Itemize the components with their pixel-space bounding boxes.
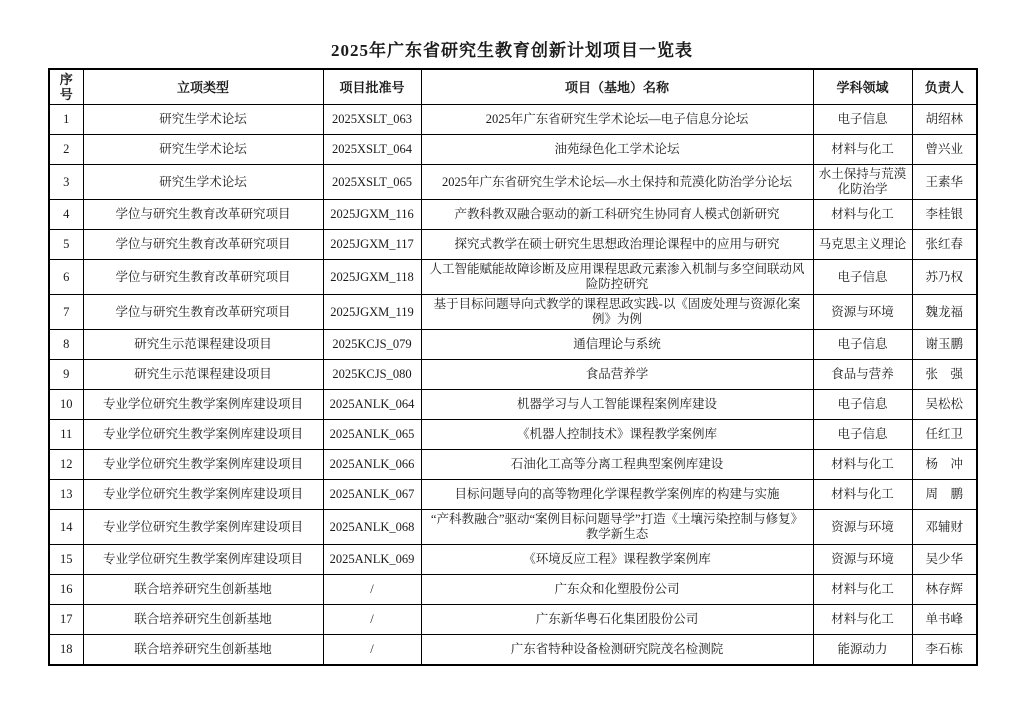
cell-leader: 单书峰	[912, 605, 977, 635]
cell-approval-no: 2025ANLK_066	[323, 450, 421, 480]
cell-no: 14	[49, 510, 83, 545]
cell-field: 资源与环境	[813, 510, 912, 545]
cell-no: 10	[49, 390, 83, 420]
cell-no: 7	[49, 295, 83, 330]
cell-type: 专业学位研究生教学案例库建设项目	[83, 510, 323, 545]
cell-approval-no: 2025ANLK_069	[323, 545, 421, 575]
table-row: 1 研究生学术论坛 2025XSLT_063 2025年广东省研究生学术论坛—电…	[49, 105, 977, 135]
cell-approval-no: 2025JGXM_119	[323, 295, 421, 330]
document-page: 2025年广东省研究生教育创新计划项目一览表 序号 立项类型 项目批准号 项目（…	[0, 0, 1024, 724]
cell-no: 11	[49, 420, 83, 450]
cell-field: 电子信息	[813, 105, 912, 135]
cell-name: 基于目标问题导向式教学的课程思政实践-以《固废处理与资源化案例》为例	[421, 295, 813, 330]
cell-approval-no: /	[323, 575, 421, 605]
cell-leader: 魏龙福	[912, 295, 977, 330]
table-row: 6 学位与研究生教育改革研究项目 2025JGXM_118 人工智能赋能故障诊断…	[49, 260, 977, 295]
cell-name: 石油化工高等分离工程典型案例库建设	[421, 450, 813, 480]
cell-leader: 张红春	[912, 230, 977, 260]
cell-name: 2025年广东省研究生学术论坛—水土保持和荒漠化防治学分论坛	[421, 165, 813, 200]
table-row: 9 研究生示范课程建设项目 2025KCJS_080 食品营养学 食品与营养 张…	[49, 360, 977, 390]
cell-no: 13	[49, 480, 83, 510]
cell-leader: 李石栋	[912, 635, 977, 665]
cell-leader: 任红卫	[912, 420, 977, 450]
cell-approval-no: 2025XSLT_063	[323, 105, 421, 135]
cell-approval-no: 2025XSLT_065	[323, 165, 421, 200]
cell-approval-no: 2025KCJS_079	[323, 330, 421, 360]
cell-leader: 苏乃权	[912, 260, 977, 295]
cell-type: 研究生学术论坛	[83, 135, 323, 165]
cell-leader: 邓辅财	[912, 510, 977, 545]
cell-name: 通信理论与系统	[421, 330, 813, 360]
cell-name: 广东众和化塑股份公司	[421, 575, 813, 605]
cell-name: 广东新华粤石化集团股份公司	[421, 605, 813, 635]
cell-field: 电子信息	[813, 330, 912, 360]
table-header-row: 序号 立项类型 项目批准号 项目（基地）名称 学科领域 负责人	[49, 69, 977, 105]
cell-type: 学位与研究生教育改革研究项目	[83, 260, 323, 295]
cell-field: 电子信息	[813, 390, 912, 420]
cell-field: 材料与化工	[813, 575, 912, 605]
table-row: 13 专业学位研究生教学案例库建设项目 2025ANLK_067 目标问题导向的…	[49, 480, 977, 510]
cell-leader: 胡绍林	[912, 105, 977, 135]
cell-field: 资源与环境	[813, 545, 912, 575]
cell-approval-no: 2025ANLK_064	[323, 390, 421, 420]
table-row: 16 联合培养研究生创新基地 / 广东众和化塑股份公司 材料与化工 林存辉	[49, 575, 977, 605]
cell-leader: 周 鹏	[912, 480, 977, 510]
cell-name: 广东省特种设备检测研究院茂名检测院	[421, 635, 813, 665]
cell-approval-no: 2025ANLK_068	[323, 510, 421, 545]
cell-leader: 杨 冲	[912, 450, 977, 480]
cell-leader: 吴少华	[912, 545, 977, 575]
cell-leader: 吴松松	[912, 390, 977, 420]
cell-name: 人工智能赋能故障诊断及应用课程思政元素渗入机制与多空间联动风险防控研究	[421, 260, 813, 295]
table-row: 4 学位与研究生教育改革研究项目 2025JGXM_116 产教科教双融合驱动的…	[49, 200, 977, 230]
cell-no: 3	[49, 165, 83, 200]
cell-field: 材料与化工	[813, 605, 912, 635]
cell-type: 联合培养研究生创新基地	[83, 635, 323, 665]
cell-leader: 林存辉	[912, 575, 977, 605]
table-row: 17 联合培养研究生创新基地 / 广东新华粤石化集团股份公司 材料与化工 单书峰	[49, 605, 977, 635]
cell-no: 6	[49, 260, 83, 295]
cell-leader: 曾兴业	[912, 135, 977, 165]
cell-no: 2	[49, 135, 83, 165]
cell-type: 研究生示范课程建设项目	[83, 360, 323, 390]
table-row: 15 专业学位研究生教学案例库建设项目 2025ANLK_069 《环境反应工程…	[49, 545, 977, 575]
cell-leader: 张 强	[912, 360, 977, 390]
cell-name: 食品营养学	[421, 360, 813, 390]
cell-approval-no: 2025JGXM_116	[323, 200, 421, 230]
cell-approval-no: 2025JGXM_117	[323, 230, 421, 260]
cell-type: 联合培养研究生创新基地	[83, 575, 323, 605]
cell-name: 油苑绿色化工学术论坛	[421, 135, 813, 165]
cell-name: 机器学习与人工智能课程案例库建设	[421, 390, 813, 420]
cell-type: 专业学位研究生教学案例库建设项目	[83, 450, 323, 480]
cell-type: 专业学位研究生教学案例库建设项目	[83, 545, 323, 575]
cell-name: 《环境反应工程》课程教学案例库	[421, 545, 813, 575]
header-cell-no: 序号	[49, 69, 83, 105]
cell-approval-no: /	[323, 605, 421, 635]
cell-approval-no: 2025ANLK_065	[323, 420, 421, 450]
cell-field: 马克思主义理论	[813, 230, 912, 260]
cell-field: 材料与化工	[813, 480, 912, 510]
cell-no: 1	[49, 105, 83, 135]
cell-name: 《机器人控制技术》课程教学案例库	[421, 420, 813, 450]
cell-no: 12	[49, 450, 83, 480]
header-cell-field: 学科领域	[813, 69, 912, 105]
table-row: 2 研究生学术论坛 2025XSLT_064 油苑绿色化工学术论坛 材料与化工 …	[49, 135, 977, 165]
cell-approval-no: 2025KCJS_080	[323, 360, 421, 390]
header-cell-leader: 负责人	[912, 69, 977, 105]
cell-type: 学位与研究生教育改革研究项目	[83, 200, 323, 230]
table-row: 5 学位与研究生教育改革研究项目 2025JGXM_117 探究式教学在硕士研究…	[49, 230, 977, 260]
cell-leader: 谢玉鹏	[912, 330, 977, 360]
cell-type: 专业学位研究生教学案例库建设项目	[83, 390, 323, 420]
cell-leader: 王素华	[912, 165, 977, 200]
header-cell-type: 立项类型	[83, 69, 323, 105]
cell-field: 食品与营养	[813, 360, 912, 390]
cell-approval-no: /	[323, 635, 421, 665]
header-cell-approval-no: 项目批准号	[323, 69, 421, 105]
cell-no: 9	[49, 360, 83, 390]
cell-type: 研究生学术论坛	[83, 165, 323, 200]
table-row: 8 研究生示范课程建设项目 2025KCJS_079 通信理论与系统 电子信息 …	[49, 330, 977, 360]
cell-name: 2025年广东省研究生学术论坛—电子信息分论坛	[421, 105, 813, 135]
cell-type: 研究生示范课程建设项目	[83, 330, 323, 360]
table-row: 11 专业学位研究生教学案例库建设项目 2025ANLK_065 《机器人控制技…	[49, 420, 977, 450]
cell-no: 5	[49, 230, 83, 260]
cell-no: 17	[49, 605, 83, 635]
table-body: 1 研究生学术论坛 2025XSLT_063 2025年广东省研究生学术论坛—电…	[49, 105, 977, 665]
cell-name: “产科教融合”驱动“案例目标问题导学”打造《土壤污染控制与修复》教学新生态	[421, 510, 813, 545]
header-cell-name: 项目（基地）名称	[421, 69, 813, 105]
page-title: 2025年广东省研究生教育创新计划项目一览表	[0, 36, 1024, 61]
cell-type: 学位与研究生教育改革研究项目	[83, 230, 323, 260]
cell-no: 15	[49, 545, 83, 575]
cell-type: 联合培养研究生创新基地	[83, 605, 323, 635]
cell-name: 目标问题导向的高等物理化学课程教学案例库的构建与实施	[421, 480, 813, 510]
table-row: 12 专业学位研究生教学案例库建设项目 2025ANLK_066 石油化工高等分…	[49, 450, 977, 480]
cell-type: 专业学位研究生教学案例库建设项目	[83, 480, 323, 510]
cell-no: 4	[49, 200, 83, 230]
cell-field: 材料与化工	[813, 135, 912, 165]
cell-field: 水土保持与荒漠化防治学	[813, 165, 912, 200]
table-row: 3 研究生学术论坛 2025XSLT_065 2025年广东省研究生学术论坛—水…	[49, 165, 977, 200]
cell-field: 材料与化工	[813, 200, 912, 230]
cell-name: 产教科教双融合驱动的新工科研究生协同育人模式创新研究	[421, 200, 813, 230]
table-row: 18 联合培养研究生创新基地 / 广东省特种设备检测研究院茂名检测院 能源动力 …	[49, 635, 977, 665]
cell-field: 材料与化工	[813, 450, 912, 480]
cell-approval-no: 2025ANLK_067	[323, 480, 421, 510]
table-row: 7 学位与研究生教育改革研究项目 2025JGXM_119 基于目标问题导向式教…	[49, 295, 977, 330]
cell-leader: 李桂银	[912, 200, 977, 230]
cell-field: 电子信息	[813, 260, 912, 295]
project-list-table: 序号 立项类型 项目批准号 项目（基地）名称 学科领域 负责人 1 研究生学术论…	[48, 68, 978, 666]
cell-type: 研究生学术论坛	[83, 105, 323, 135]
table-row: 10 专业学位研究生教学案例库建设项目 2025ANLK_064 机器学习与人工…	[49, 390, 977, 420]
cell-field: 资源与环境	[813, 295, 912, 330]
cell-field: 能源动力	[813, 635, 912, 665]
cell-no: 16	[49, 575, 83, 605]
cell-approval-no: 2025JGXM_118	[323, 260, 421, 295]
cell-name: 探究式教学在硕士研究生思想政治理论课程中的应用与研究	[421, 230, 813, 260]
cell-field: 电子信息	[813, 420, 912, 450]
cell-type: 学位与研究生教育改革研究项目	[83, 295, 323, 330]
cell-approval-no: 2025XSLT_064	[323, 135, 421, 165]
table-row: 14 专业学位研究生教学案例库建设项目 2025ANLK_068 “产科教融合”…	[49, 510, 977, 545]
cell-no: 8	[49, 330, 83, 360]
cell-type: 专业学位研究生教学案例库建设项目	[83, 420, 323, 450]
cell-no: 18	[49, 635, 83, 665]
